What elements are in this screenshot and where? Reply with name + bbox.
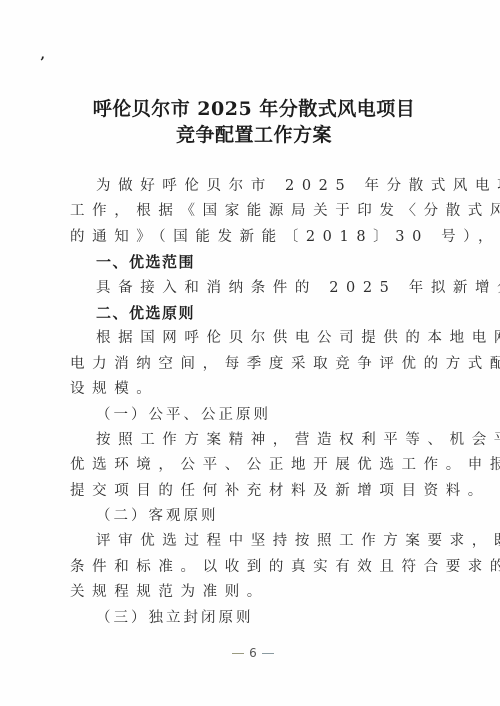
paragraph-line: 为做好呼伦贝尔市 2025 年分散式风电项目竞争性配置优选 bbox=[70, 174, 442, 199]
document-body: 为做好呼伦贝尔市 2025 年分散式风电项目竞争性配置优选 工作，根据《国家能源… bbox=[70, 174, 442, 631]
paragraph-line: 优选环境，公平、公正地开展优选工作。申报完成后，不再接收 bbox=[70, 453, 442, 478]
document-title-line2: 竞争配置工作方案 bbox=[4, 122, 500, 148]
paragraph-line: 的通知》（国能发新能〔2018〕30 号），制定本方案。 bbox=[70, 225, 442, 250]
paragraph-line: 工作，根据《国家能源局关于印发〈分散式风电管理暂行办法〉 bbox=[70, 199, 442, 224]
section-heading-scope: 一、优选范围 bbox=[70, 250, 442, 275]
stray-mark: ’ bbox=[40, 56, 45, 70]
page-number-value: 6 bbox=[249, 646, 257, 660]
subsection-heading-fairness: （一）公平、公正原则 bbox=[70, 403, 442, 428]
paragraph-line: 按照工作方案精神，营造权利平等、机会平等、规则平等的 bbox=[70, 428, 442, 453]
paragraph-line: 条件和标准。以收到的真实有效且符合要求的材料为依据，以相 bbox=[70, 555, 442, 580]
paragraph-line: 评审优选过程中坚持按照工作方案要求，既不扩大也不降低 bbox=[70, 529, 442, 554]
paragraph-line: 具备接入和消纳条件的 2025 年拟新增分散式风电项目。 bbox=[70, 276, 442, 301]
paragraph-line: 关规程规范为准则。 bbox=[70, 580, 442, 605]
subsection-heading-objectivity: （二）客观原则 bbox=[70, 504, 442, 529]
section-heading-principles: 二、优选原则 bbox=[70, 301, 442, 326]
document-title-line1: 呼伦贝尔市 2025 年分散式风电项目 bbox=[4, 96, 500, 122]
paragraph-line: 电力消纳空间，每季度采取竞争评优的方式配置分散式风电建 bbox=[70, 352, 442, 377]
page-number-dash-right bbox=[262, 653, 274, 654]
document-page: ’ 呼伦贝尔市 2025 年分散式风电项目 竞争配置工作方案 为做好呼伦贝尔市 … bbox=[0, 0, 500, 706]
paragraph-line: 提交项目的任何补充材料及新增项目资料。 bbox=[70, 479, 442, 504]
paragraph-line: 根据国网呼伦贝尔供电公司提供的本地电网接入容量和 bbox=[70, 326, 442, 351]
subsection-heading-independence: （三）独立封闭原则 bbox=[70, 606, 442, 631]
page-number-dash-left bbox=[232, 653, 244, 654]
paragraph-line: 设规模。 bbox=[70, 377, 442, 402]
page-number: 6 bbox=[0, 646, 500, 660]
